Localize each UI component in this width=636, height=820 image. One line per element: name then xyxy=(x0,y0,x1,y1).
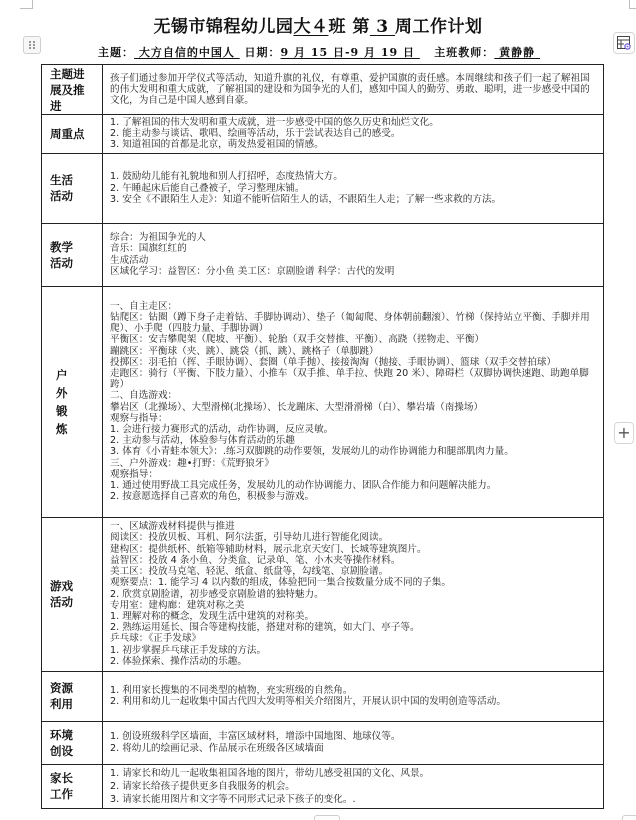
drag-handle-icon xyxy=(28,40,36,50)
table-settings-icon xyxy=(616,35,632,51)
row-label: 环境创设 xyxy=(42,721,103,764)
weekly-plan-table: 主题进展及推进 孩子们通过参加开学仪式等活动，知道升旗的礼仪，有尊重、爱护国旗的… xyxy=(41,64,604,809)
title-mid: 班 第 xyxy=(328,17,369,37)
row-label: 游戏活动 xyxy=(42,517,103,671)
row-content[interactable]: 综合：为祖国争光的人音乐：国旗红红的生成活动区域化学习：益智区：分小鱼 美工区：… xyxy=(103,223,604,286)
row-label: 教学活动 xyxy=(42,223,103,286)
row-content[interactable]: 1. 鼓励幼儿能有礼貌地和别人打招呼，态度热情大方。2. 午睡起床后能自己叠被子… xyxy=(103,153,604,223)
row-label: 资源利用 xyxy=(42,671,103,721)
bottom-corner-tab[interactable] xyxy=(622,815,636,820)
row-content[interactable]: 一、区域游戏材料提供与推进 阅读区：投放贝板、耳机、阿尔法蛋，引导幼儿进行智能化… xyxy=(103,517,604,671)
table-row-environment: 环境创设 1. 创设班级科学区墙面，丰富区域材料，增添中国地图、地球仪等。2. … xyxy=(42,721,604,764)
row-label: 户外锻炼 xyxy=(42,286,103,517)
row-label: 周重点 xyxy=(42,115,103,154)
title-school: 无锡市锦程幼儿园 xyxy=(153,17,293,37)
page-corner-mark-left xyxy=(20,0,33,9)
row-content[interactable]: 1. 请家长和幼儿一起收集祖国各地的图片，带幼儿感受祖国的文化、风景。2. 请家… xyxy=(103,764,604,808)
title-week: 3 xyxy=(370,17,395,37)
row-content[interactable]: 孩子们通过参加开学仪式等活动，知道升旗的礼仪，有尊重、爱护国旗的责任感。本周继续… xyxy=(103,65,604,115)
table-row-theme-progress: 主题进展及推进 孩子们通过参加开学仪式等活动，知道升旗的礼仪，有尊重、爱护国旗的… xyxy=(42,65,604,115)
theme-value: 大方自信的中国人 xyxy=(134,46,240,59)
row-content[interactable]: 1. 了解祖国的伟大发明和重大成就，进一步感受中国的悠久历史和灿烂文化。2. 能… xyxy=(103,115,604,154)
table-row-daily-life: 生活活动 1. 鼓励幼儿能有礼貌地和别人打招呼，态度热情大方。2. 午睡起床后能… xyxy=(42,153,604,223)
bottom-scroll-tab[interactable] xyxy=(314,815,340,820)
table-row-games: 游戏活动 一、区域游戏材料提供与推进 阅读区：投放贝板、耳机、阿尔法蛋，引导幼儿… xyxy=(42,517,604,671)
row-label: 生活活动 xyxy=(42,153,103,223)
title-suffix: 周工作计划 xyxy=(395,17,483,37)
date-label: 日期： xyxy=(240,46,281,59)
plus-icon: + xyxy=(617,425,630,441)
page-corner-mark-right xyxy=(629,0,636,9)
table-tools-button[interactable] xyxy=(613,32,635,54)
table-drag-handle[interactable] xyxy=(23,36,41,54)
row-label: 主题进展及推进 xyxy=(42,65,103,115)
plan-info-line: 主题： 大方自信的中国人 日期：9 月 15 日-9 月 19 日 主班教师： … xyxy=(98,44,540,60)
table-row-resources: 资源利用 1. 利用家长搜集的不同类型的植物，充实班级的自然角。2. 利用和幼儿… xyxy=(42,671,604,721)
title-class: 大４ xyxy=(293,17,328,37)
teacher-label: 主班教师： xyxy=(420,46,495,59)
date-value: 9 月 15 日-9 月 19 日 xyxy=(281,46,420,59)
table-row-outdoor: 户外锻炼 一、自主走区： 钻爬区：钻圈（蹲下身子走着钻、手脚协调动）、垫子（匍匐… xyxy=(42,286,604,517)
page-title: 无锡市锦程幼儿园大４班 第 3 周工作计划 xyxy=(0,12,636,37)
row-label: 家长工作 xyxy=(42,764,103,808)
table-row-teaching: 教学活动 综合：为祖国争光的人音乐：国旗红红的生成活动区域化学习：益智区：分小鱼… xyxy=(42,223,604,286)
row-content[interactable]: 一、自主走区： 钻爬区：钻圈（蹲下身子走着钻、手脚协调动）、垫子（匍匐爬、身体朝… xyxy=(103,286,604,517)
teacher-value: 黄静静 xyxy=(494,46,540,59)
add-row-button[interactable]: + xyxy=(614,422,634,444)
row-content[interactable]: 1. 利用家长搜集的不同类型的植物，充实班级的自然角。2. 利用和幼儿一起收集中… xyxy=(103,671,604,721)
row-content[interactable]: 1. 创设班级科学区墙面，丰富区域材料，增添中国地图、地球仪等。2. 将幼儿的绘… xyxy=(103,721,604,764)
table-row-weekly-focus: 周重点 1. 了解祖国的伟大发明和重大成就，进一步感受中国的悠久历史和灿烂文化。… xyxy=(42,115,604,154)
table-row-parents: 家长工作 1. 请家长和幼儿一起收集祖国各地的图片，带幼儿感受祖国的文化、风景。… xyxy=(42,764,604,808)
theme-label: 主题： xyxy=(98,46,134,59)
